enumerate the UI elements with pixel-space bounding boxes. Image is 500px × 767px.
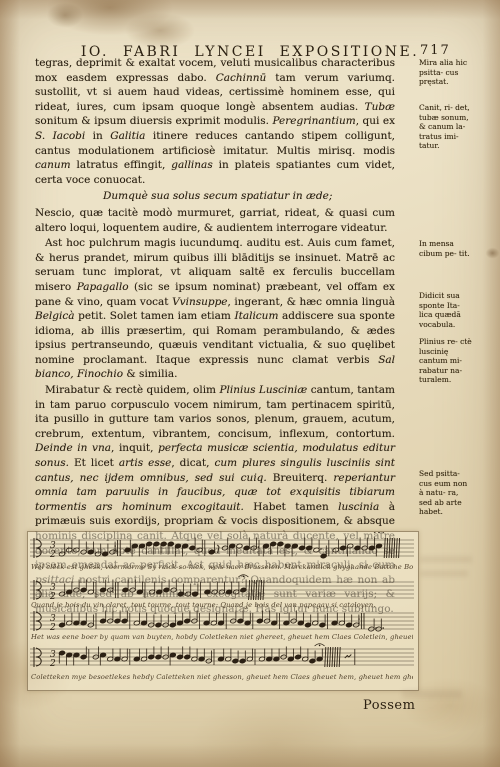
- emphasized-text: luscinia: [338, 501, 379, 513]
- lyric-line-3: Het was eene boer by quam van buyten, ho…: [31, 633, 413, 641]
- body-text: & similia.: [123, 368, 177, 380]
- emphasized-text: canum: [35, 159, 71, 171]
- emphasized-text: Cachinnū: [216, 72, 267, 84]
- ink-bleedthrough: [402, 690, 462, 698]
- body-text: Habet tamen: [244, 501, 338, 513]
- emphasized-text: Italicum: [234, 310, 278, 322]
- catchword: Possem: [363, 698, 415, 713]
- emphasized-text: Belgicà: [35, 310, 75, 322]
- music-notation-block: 32 Wel clēck est ghēsk, voermarme Sy rai…: [27, 531, 419, 691]
- body-text: sonitum & ipsum diuersis exprimit moduli…: [35, 115, 272, 127]
- paragraph-1: tegras, deprimit & exaltat vocem, veluti…: [35, 56, 395, 187]
- ink-bleedthrough: [420, 570, 468, 577]
- svg-text:2: 2: [49, 550, 56, 560]
- lyric-line-4: Coletteken mye besoetlekes hebdy Calette…: [31, 673, 413, 681]
- emphasized-text: Plinius Lusciniæ: [219, 384, 307, 396]
- emphasized-text: Vvinsuppe: [172, 296, 227, 308]
- body-text: Et licet: [69, 457, 119, 469]
- scanned-book-page: IO. FABRI LYNCEI EXPOSITIONE. 717 tegras…: [0, 0, 500, 767]
- emphasized-text: Papagallo: [77, 281, 129, 293]
- body-text: petit. Solet tamen iam etiam: [75, 310, 235, 322]
- body-text: , qui ex: [356, 115, 395, 127]
- body-text: , dicat,: [171, 457, 214, 469]
- staff-notation-icon: 32: [29, 641, 415, 672]
- emphasized-text: Tubæ: [365, 101, 395, 113]
- body-text: in: [85, 130, 110, 142]
- emphasized-text: gallinas: [171, 159, 212, 171]
- staff-notation-icon: 32: [29, 605, 415, 636]
- lyric-line-1: Wel clēck est ghēsk, voermarme Sy raick …: [31, 563, 413, 571]
- body-text: latratus effingit,: [71, 159, 172, 171]
- margin-note-6: Sed psitta- cus eum non à natu- ra, sed …: [419, 469, 473, 517]
- margin-note-1: Mira alia hic psitta- cus pręstat.: [419, 58, 473, 87]
- emphasized-text: Galitia: [110, 130, 145, 142]
- emphasized-text: Deinde in vna: [35, 442, 111, 454]
- margin-note-3: In mensa cibum pe- tit.: [419, 239, 473, 258]
- music-staff-1: 32: [29, 532, 415, 563]
- body-text: Breuiterq.: [267, 472, 334, 484]
- paragraph-2: Nescio, quæ tacitè modò murmuret, garria…: [35, 206, 395, 235]
- verse-line: Dumquè sua solus secum spatiatur in æde;: [103, 189, 395, 204]
- emphasized-text: Peregrinantium: [272, 115, 355, 127]
- page-number: 717: [420, 43, 451, 58]
- music-staff-3: 32: [29, 605, 415, 636]
- music-staff-4: 32: [29, 641, 415, 672]
- margin-note-4: Didicit sua sponte Ita- lica quædā vocab…: [419, 291, 473, 329]
- emphasized-text: artis esse: [119, 457, 171, 469]
- body-text: , inquit,: [111, 442, 158, 454]
- body-text: Mirabatur & rectè quidem, olim: [45, 384, 219, 396]
- ink-bleedthrough: [420, 556, 472, 563]
- paragraph-3: Ast hoc pulchrum magis iucundumq. auditu…: [35, 236, 395, 382]
- staff-notation-icon: 32: [29, 532, 415, 563]
- svg-text:2: 2: [49, 659, 56, 669]
- svg-text:2: 2: [49, 623, 56, 633]
- margin-note-2: Canit, ri- det, tubæ sonum, & canum la- …: [419, 103, 473, 151]
- body-text: , ingerant, & hæc omnia linguà: [228, 296, 395, 308]
- margin-note-5: Plinius re- ctè luscinię cantum mi- raba…: [419, 337, 473, 385]
- emphasized-text: S. Iacobi: [35, 130, 85, 142]
- body-text: Nescio, quæ tacitè modò murmuret, garria…: [35, 207, 395, 234]
